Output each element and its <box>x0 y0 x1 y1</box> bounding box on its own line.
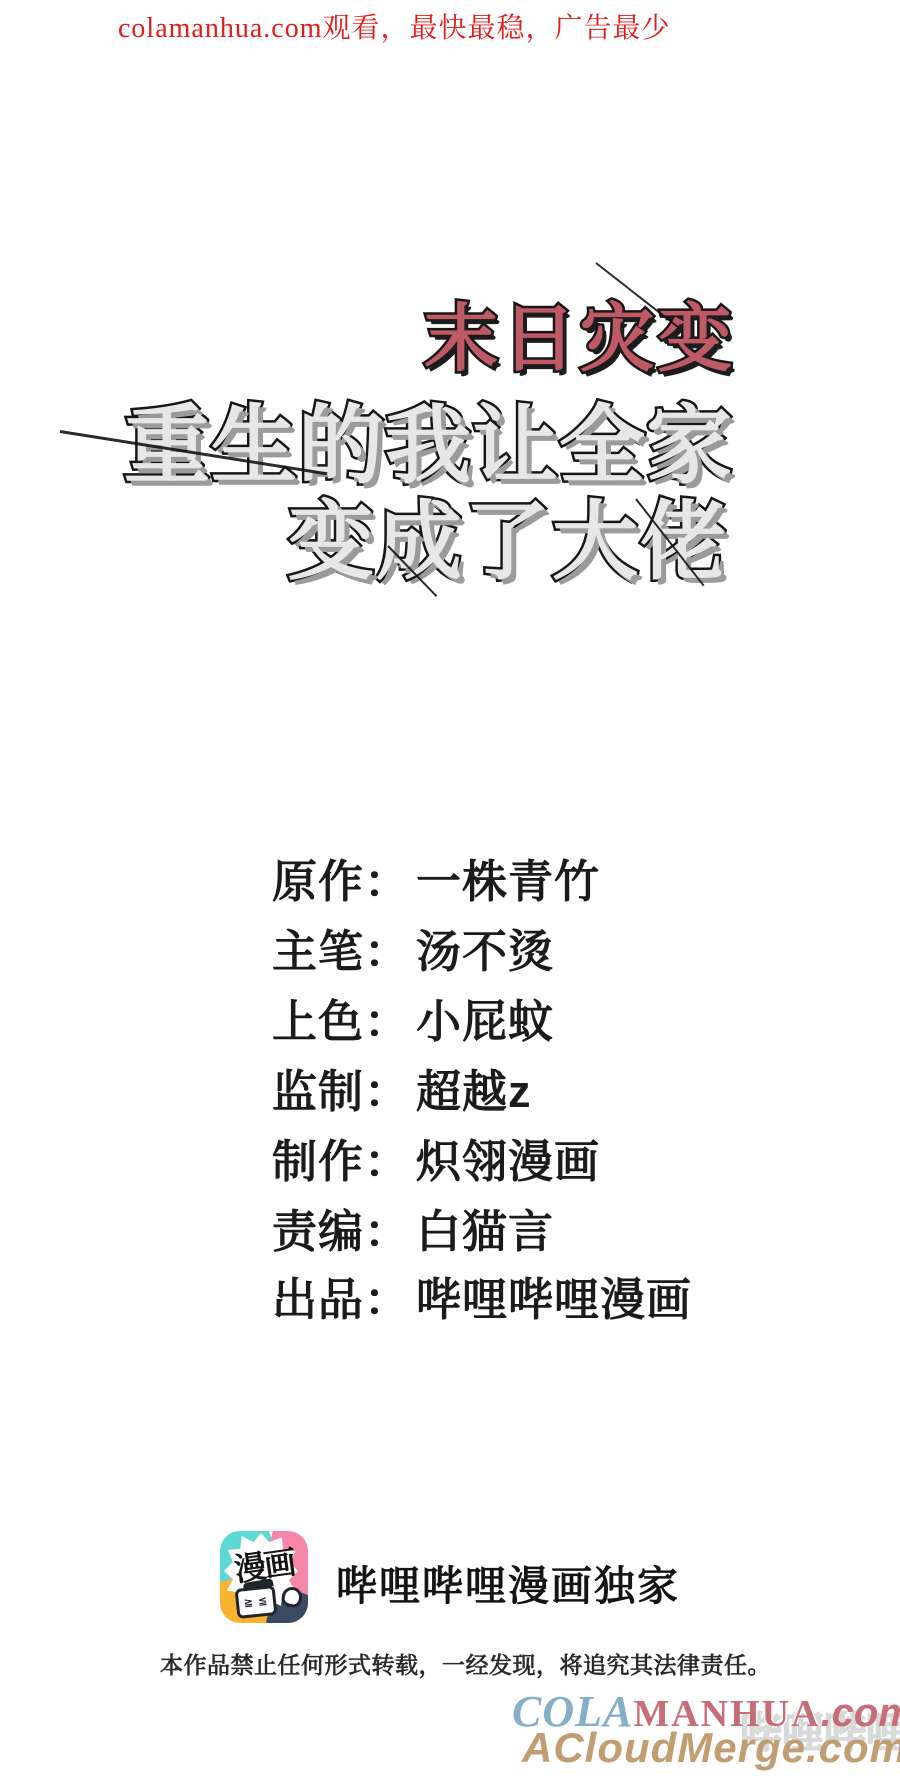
credit-label: 制作 <box>272 1136 364 1187</box>
credit-separator: ： <box>364 856 410 907</box>
credit-row-publisher: 出品：哔哩哔哩漫画 <box>272 1263 692 1328</box>
legal-disclaimer: 本作品禁止任何形式转载，一经发现，将追究其法律责任。 <box>160 1647 771 1680</box>
credit-name: 哔哩哔哩漫画 <box>416 1274 692 1325</box>
watermark-acloudmerge: ACloudMerge.com <box>522 1724 900 1772</box>
credit-row-supervisor: 监制：超越z <box>272 1055 532 1120</box>
credit-separator: ： <box>364 1066 410 1117</box>
credit-separator: ： <box>364 1206 410 1257</box>
credit-row-production: 制作：炽翎漫画 <box>272 1125 600 1190</box>
tv-mascot-face: ≧ ≦ <box>243 1595 269 1609</box>
credit-row-original-work: 原作：一株青竹 <box>272 845 600 910</box>
credit-separator: ： <box>364 926 410 977</box>
bilibili-manga-logo-icon: 漫画 ≧ ≦ <box>220 1531 308 1623</box>
credit-label: 责编 <box>272 1206 364 1257</box>
site-notice: colamanhua.com观看，最快最稳，广告最少 <box>118 6 670 46</box>
credit-row-editor: 责编：白猫言 <box>272 1195 554 1260</box>
credit-separator: ： <box>364 1136 410 1187</box>
credit-label: 监制 <box>272 1066 364 1117</box>
tv-mascot-icon: ≧ ≦ <box>235 1585 278 1619</box>
credit-name: 超越z <box>416 1066 532 1117</box>
credit-row-colorist: 上色：小屁蚊 <box>272 985 554 1050</box>
credit-row-lead-artist: 主笔：汤不烫 <box>272 915 554 980</box>
credit-label: 出品 <box>272 1274 364 1325</box>
credit-separator: ： <box>364 996 410 1047</box>
credit-name: 小屁蚊 <box>416 996 554 1047</box>
credit-separator: ： <box>364 1274 410 1325</box>
title-line-subtitle: 末日灾变 <box>424 280 736 386</box>
comic-title-page: { "top_notice": { "text": "colamanhua.co… <box>0 0 900 1779</box>
credit-label: 主笔 <box>272 926 364 977</box>
credit-name: 白猫言 <box>416 1206 554 1257</box>
credit-name: 汤不烫 <box>416 926 554 977</box>
credit-name: 炽翎漫画 <box>416 1136 600 1187</box>
credit-label: 上色 <box>272 996 364 1047</box>
credit-name: 一株青竹 <box>416 856 600 907</box>
credit-label: 原作 <box>272 856 364 907</box>
exclusive-label: 哔哩哔哩漫画独家 <box>336 1553 680 1612</box>
